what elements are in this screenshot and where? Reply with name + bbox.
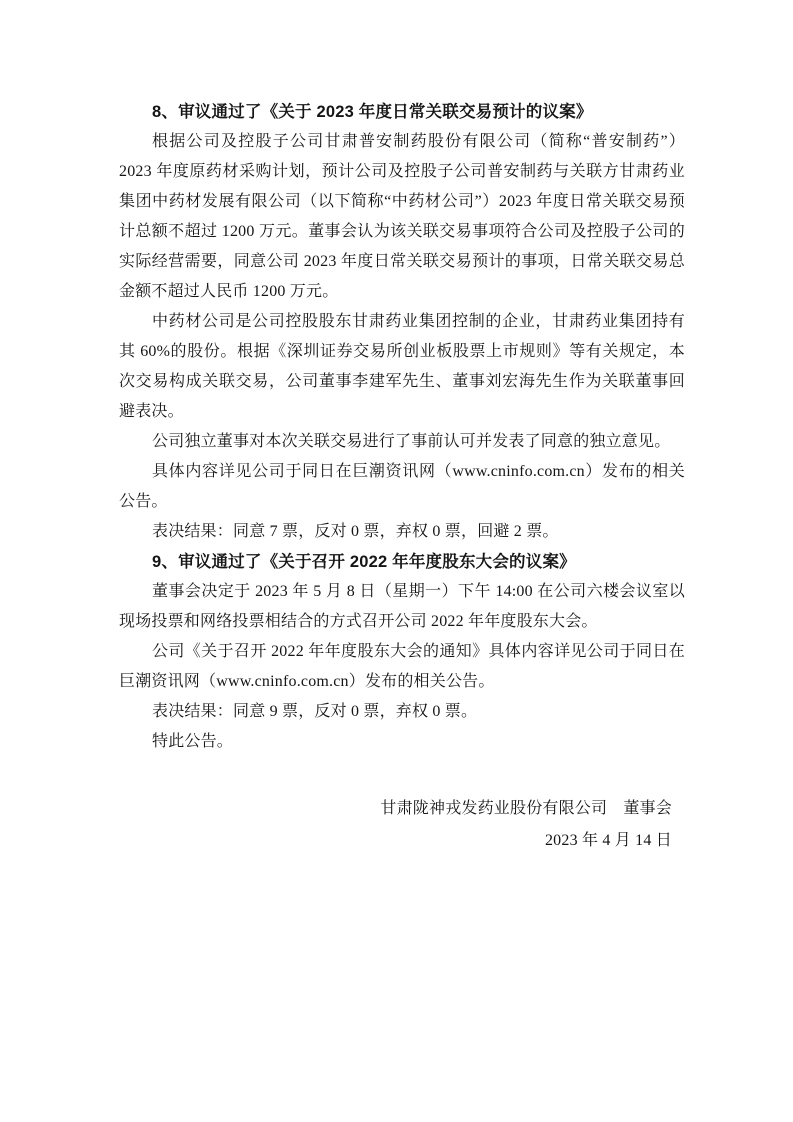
section-9-paragraph-disclosure: 公司《关于召开 2022 年年度股东大会的通知》具体内容详见公司于同日在巨潮资讯… [119, 637, 685, 697]
closing-statement: 特此公告。 [119, 727, 685, 757]
signature-company: 甘肃陇神戎发药业股份有限公司 董事会 [119, 793, 672, 825]
section-8-paragraph-independent-directors: 公司独立董事对本次关联交易进行了事前认可并发表了同意的独立意见。 [119, 427, 685, 457]
document-page: 8、审议通过了《关于 2023 年度日常关联交易预计的议案》 根据公司及控股子公… [0, 0, 793, 1122]
section-8-paragraph-disclosure: 具体内容详见公司于同日在巨潮资讯网（www.cninfo.com.cn）发布的相… [119, 457, 685, 517]
signature-date: 2023 年 4 月 14 日 [119, 825, 672, 857]
section-9-vote-result: 表决结果：同意 9 票，反对 0 票，弃权 0 票。 [119, 697, 685, 727]
signature-block: 甘肃陇神戎发药业股份有限公司 董事会 2023 年 4 月 14 日 [119, 793, 685, 857]
section-9-heading: 9、审议通过了《关于召开 2022 年年度股东大会的议案》 [119, 547, 685, 577]
announcement-body: 8、审议通过了《关于 2023 年度日常关联交易预计的议案》 根据公司及控股子公… [0, 0, 793, 857]
section-8-heading: 8、审议通过了《关于 2023 年度日常关联交易预计的议案》 [119, 97, 685, 127]
section-8-vote-result: 表决结果：同意 7 票，反对 0 票，弃权 0 票，回避 2 票。 [119, 517, 685, 547]
section-9-paragraph-meeting-arrangement: 董事会决定于 2023 年 5 月 8 日（星期一）下午 14:00 在公司六楼… [119, 577, 685, 637]
section-8-paragraph-basis: 根据公司及控股子公司甘肃普安制药股份有限公司（简称“普安制药”）2023 年度原… [119, 127, 685, 307]
section-8-paragraph-relationship: 中药材公司是公司控股股东甘肃药业集团控制的企业，甘肃药业集团持有其 60%的股份… [119, 307, 685, 427]
